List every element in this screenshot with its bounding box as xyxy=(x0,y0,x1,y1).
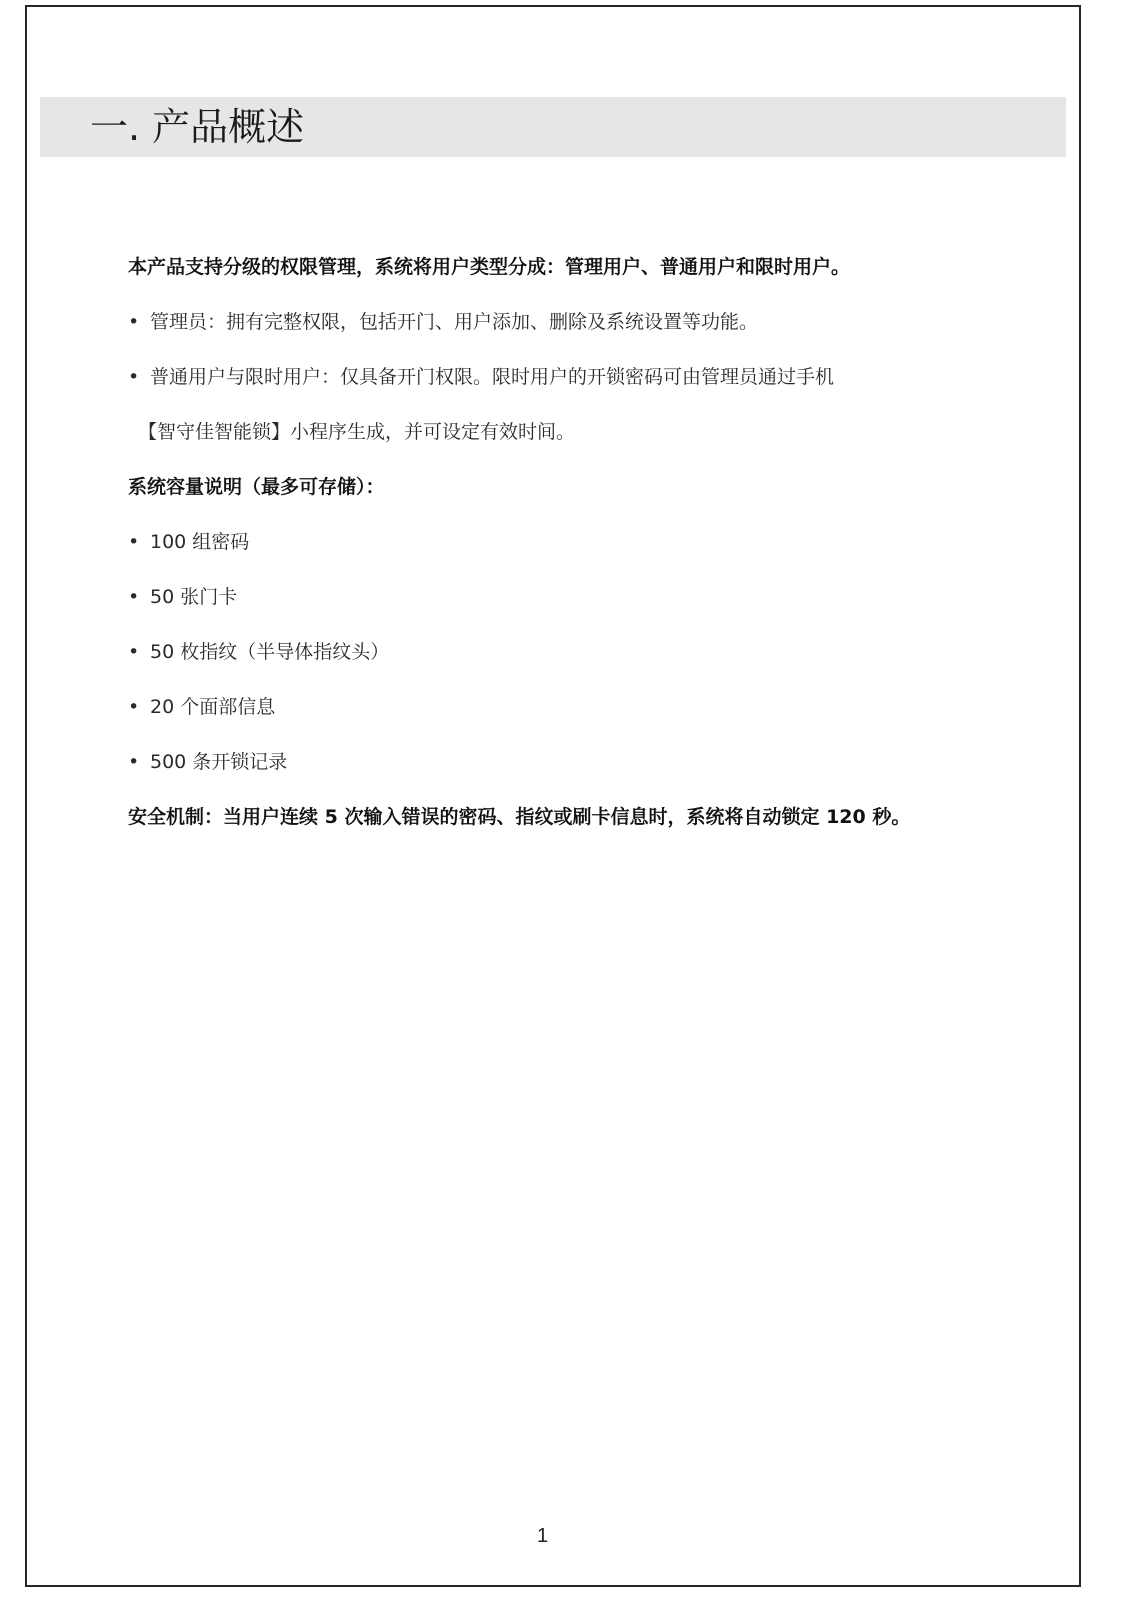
bullet-icon: • xyxy=(128,582,150,612)
list-item-text: 50 枚指纹（半导体指纹头） xyxy=(150,641,389,663)
list-item-text: 50 张门卡 xyxy=(150,586,237,608)
bullet-icon: • xyxy=(128,747,150,777)
capacity-item-unlock-records: •500 条开锁记录 xyxy=(128,747,287,777)
user-type-item-regular-and-timed: •普通用户与限时用户：仅具备开门权限。限时用户的开锁密码可由管理员通过手机 xyxy=(128,362,834,392)
capacity-item-cards: •50 张门卡 xyxy=(128,582,237,612)
list-item-continuation: 【智守佳智能锁】小程序生成，并可设定有效时间。 xyxy=(138,417,575,447)
section-heading: 一. 产品概述 xyxy=(90,100,304,154)
list-item-text: 500 条开锁记录 xyxy=(150,751,287,773)
page-number: 1 xyxy=(537,1522,548,1550)
page-frame xyxy=(25,5,1081,1587)
list-item-text: 普通用户与限时用户：仅具备开门权限。限时用户的开锁密码可由管理员通过手机 xyxy=(150,366,834,388)
user-type-item-admin: •管理员：拥有完整权限，包括开门、用户添加、删除及系统设置等功能。 xyxy=(128,307,758,337)
capacity-item-passwords: •100 组密码 xyxy=(128,527,249,557)
list-item-text: 管理员：拥有完整权限，包括开门、用户添加、删除及系统设置等功能。 xyxy=(150,311,758,333)
list-item-text: 20 个面部信息 xyxy=(150,696,275,718)
capacity-item-fingerprints: •50 枚指纹（半导体指纹头） xyxy=(128,637,389,667)
bullet-icon: • xyxy=(128,692,150,722)
capacity-item-faces: •20 个面部信息 xyxy=(128,692,275,722)
bullet-icon: • xyxy=(128,637,150,667)
bullet-icon: • xyxy=(128,527,150,557)
capacity-title: 系统容量说明（最多可存储）： xyxy=(128,472,385,502)
bullet-icon: • xyxy=(128,362,150,392)
list-item-text: 100 组密码 xyxy=(150,531,249,553)
security-paragraph: 安全机制：当用户连续 5 次输入错误的密码、指纹或刷卡信息时，系统将自动锁定 1… xyxy=(128,802,910,832)
intro-paragraph: 本产品支持分级的权限管理，系统将用户类型分成：管理用户、普通用户和限时用户。 xyxy=(128,252,850,282)
bullet-icon: • xyxy=(128,307,150,337)
